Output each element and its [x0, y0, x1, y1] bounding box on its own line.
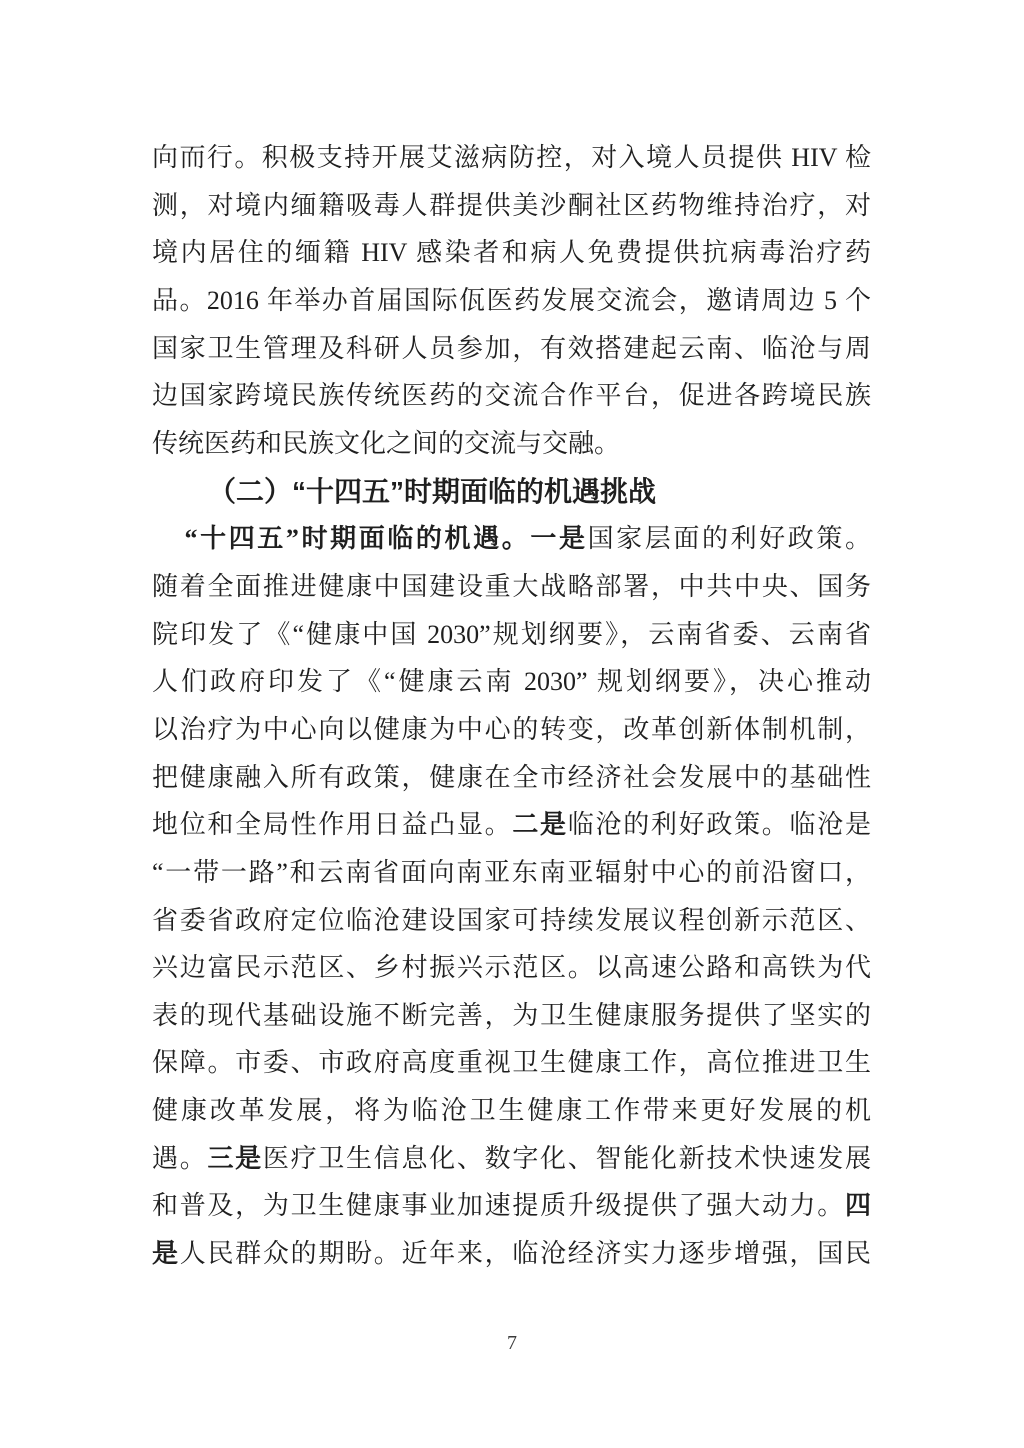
text-line: 地位和全局性作用日益凸显。二是临沧的利好政策。临沧是	[152, 801, 871, 849]
text-line: 随着全面推进健康中国建设重大战略部署，中共中央、国务	[152, 563, 871, 611]
body-text: 以治疗为中心向以健康为中心的转变，改革创新体制机制，	[152, 715, 871, 744]
emphasis-text: 是	[152, 1239, 180, 1268]
text-line: 向而行。积极支持开展艾滋病防控，对入境人员提供 HIV 检	[152, 134, 871, 182]
text-line: 边国家跨境民族传统医药的交流合作平台，促进各跨境民族	[152, 372, 871, 420]
text-line: 保障。市委、市政府高度重视卫生健康工作，高位推进卫生	[152, 1039, 871, 1087]
body-text: 测，对境内缅籍吸毒人群提供美沙酮社区药物维持治疗，对	[152, 191, 871, 220]
emphasis-text: 二是	[512, 810, 567, 839]
body-text: 健康改革发展，将为临沧卫生健康工作带来更好发展的机	[152, 1096, 871, 1125]
body-text: 表的现代基础设施不断完善，为卫生健康服务提供了坚实的	[152, 1001, 871, 1030]
text-line: 传统医药和民族文化之间的交流与交融。	[152, 420, 871, 468]
text-line: “一带一路”和云南省面向南亚东南亚辐射中心的前沿窗口，	[152, 849, 871, 897]
text-line: 遇。三是医疗卫生信息化、数字化、智能化新技术快速发展	[152, 1135, 871, 1183]
body-text: 把健康融入所有政策，健康在全市经济社会发展中的基础性	[152, 763, 871, 792]
text-line: 国家卫生管理及科研人员参加，有效搭建起云南、临沧与周	[152, 325, 871, 373]
body-text: 保障。市委、市政府高度重视卫生健康工作，高位推进卫生	[152, 1048, 871, 1077]
body-text: 院印发了《“健康中国 2030”规划纲要》，云南省委、云南省	[152, 620, 871, 649]
body-text: 临沧的利好政策。临沧是	[568, 810, 871, 839]
body-text: 兴边富民示范区、乡村振兴示范区。以高速公路和高铁为代	[152, 953, 871, 982]
text-line: 省委省政府定位临沧建设国家可持续发展议程创新示范区、	[152, 897, 871, 945]
text-line: 表的现代基础设施不断完善，为卫生健康服务提供了坚实的	[152, 992, 871, 1040]
body-text: 传统医药和民族文化之间的交流与交融。	[152, 429, 620, 458]
text-line: 品。2016 年举办首届国际佤医药发展交流会，邀请周边 5 个	[152, 277, 871, 325]
body-text: 人们政府印发了《“健康云南 2030” 规划纲要》，决心推动	[152, 667, 871, 696]
body-text: 遇。	[152, 1144, 207, 1173]
text-line: 测，对境内缅籍吸毒人群提供美沙酮社区药物维持治疗，对	[152, 182, 871, 230]
text-line: 院印发了《“健康中国 2030”规划纲要》，云南省委、云南省	[152, 611, 871, 659]
section-heading: （二）“十四五”时期面临的机遇挑战	[152, 468, 871, 516]
text-line: 是人民群众的期盼。近年来，临沧经济实力逐步增强，国民	[152, 1230, 871, 1278]
text-line: 健康改革发展，将为临沧卫生健康工作带来更好发展的机	[152, 1087, 871, 1135]
document-body: 向而行。积极支持开展艾滋病防控，对入境人员提供 HIV 检测，对境内缅籍吸毒人群…	[152, 134, 871, 1278]
document-page: 向而行。积极支持开展艾滋病防控，对入境人员提供 HIV 检测，对境内缅籍吸毒人群…	[0, 0, 1024, 1448]
body-text: 向而行。积极支持开展艾滋病防控，对入境人员提供 HIV 检	[152, 143, 871, 172]
emphasis-text: “十四五”时期面临的机遇。	[185, 524, 531, 553]
page-number: 7	[0, 1332, 1024, 1355]
body-text: 国家卫生管理及科研人员参加，有效搭建起云南、临沧与周	[152, 334, 871, 363]
text-line: 以治疗为中心向以健康为中心的转变，改革创新体制机制，	[152, 706, 871, 754]
emphasis-text: 四	[845, 1191, 871, 1220]
emphasis-text: （二）“十四五”时期面临的机遇挑战	[208, 476, 656, 507]
text-line: 兴边富民示范区、乡村振兴示范区。以高速公路和高铁为代	[152, 944, 871, 992]
body-text: 随着全面推进健康中国建设重大战略部署，中共中央、国务	[152, 572, 871, 601]
emphasis-text: 三是	[207, 1144, 262, 1173]
text-line: “十四五”时期面临的机遇。一是国家层面的利好政策。	[152, 515, 871, 563]
body-text: 医疗卫生信息化、数字化、智能化新技术快速发展	[263, 1144, 871, 1173]
body-text: 国家层面的利好政策。	[588, 524, 871, 553]
body-text: 品。2016 年举办首届国际佤医药发展交流会，邀请周边 5 个	[152, 286, 871, 315]
text-line: 把健康融入所有政策，健康在全市经济社会发展中的基础性	[152, 754, 871, 802]
text-line: 境内居住的缅籍 HIV 感染者和病人免费提供抗病毒治疗药	[152, 229, 871, 277]
body-text: 地位和全局性作用日益凸显。	[152, 810, 512, 839]
body-text: 境内居住的缅籍 HIV 感染者和病人免费提供抗病毒治疗药	[152, 238, 871, 267]
emphasis-text: 一是	[530, 524, 587, 553]
body-text: “一带一路”和云南省面向南亚东南亚辐射中心的前沿窗口，	[152, 858, 871, 887]
body-text: 和普及，为卫生健康事业加速提质升级提供了强大动力。	[152, 1191, 845, 1220]
body-text: 人民群众的期盼。近年来，临沧经济实力逐步增强，国民	[180, 1239, 871, 1268]
text-line: 和普及，为卫生健康事业加速提质升级提供了强大动力。四	[152, 1182, 871, 1230]
body-text: 边国家跨境民族传统医药的交流合作平台，促进各跨境民族	[152, 381, 871, 410]
text-line: 人们政府印发了《“健康云南 2030” 规划纲要》，决心推动	[152, 658, 871, 706]
body-text: 省委省政府定位临沧建设国家可持续发展议程创新示范区、	[152, 906, 871, 935]
